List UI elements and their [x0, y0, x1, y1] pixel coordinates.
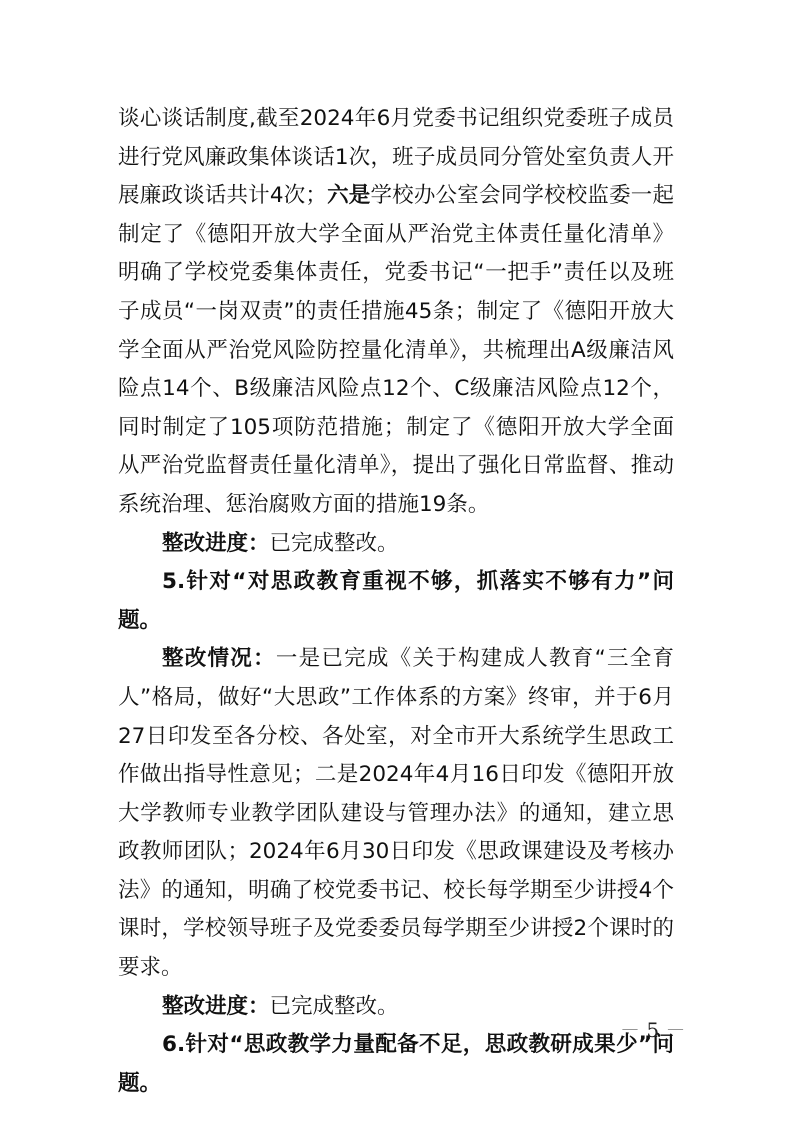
document-page: 谈心谈话制度,截至2024年6月党委书记组织党委班子成员进行党风廉政集体谈话1次… — [118, 100, 674, 1103]
issue-heading-6: 6.针对“思政教学力量配备不足，思政教研成果少”问题。 — [118, 1026, 674, 1103]
progress-paragraph-1: 整改进度：已完成整改。 — [118, 525, 674, 564]
progress-value: 已完成整改。 — [270, 994, 399, 1019]
page-dash-left: － — [620, 1018, 640, 1042]
issue-heading-5: 5.针对“对思政教育重视不够，抓落实不够有力”问题。 — [118, 563, 674, 640]
ordinal-six-bold: 六是 — [327, 183, 371, 208]
progress-label: 整改进度： — [162, 531, 270, 556]
paragraph-measures-six: 谈心谈话制度,截至2024年6月党委书记组织党委班子成员进行党风廉政集体谈话1次… — [118, 100, 674, 525]
page-number: － 5 － — [620, 1014, 685, 1043]
rectification-text: 一是已完成《关于构建成人教育“三全育人”格局，做好“大思政”工作体系的方案》终审… — [118, 646, 674, 980]
progress-paragraph-2: 整改进度：已完成整改。 — [118, 988, 674, 1027]
progress-label: 整改进度： — [162, 994, 270, 1019]
rectification-paragraph: 整改情况：一是已完成《关于构建成人教育“三全育人”格局，做好“大思政”工作体系的… — [118, 640, 674, 987]
progress-value: 已完成整改。 — [270, 531, 399, 556]
rectification-label: 整改情况： — [162, 646, 276, 671]
page-number-value: 5 — [646, 1018, 659, 1042]
page-dash-right: － — [665, 1018, 685, 1042]
text-segment: 学校办公室会同学校校监委一起制定了《德阳开放大学全面从严治党主体责任量化清单》明… — [118, 183, 674, 517]
